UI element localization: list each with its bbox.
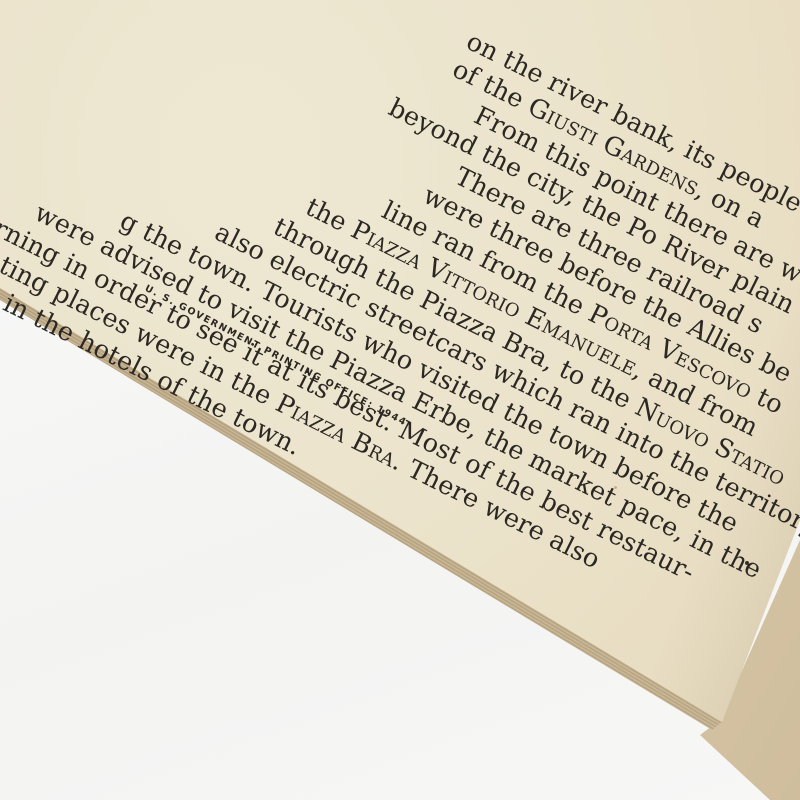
body-text: on the river bank, its peopleof the Gius… — [0, 0, 800, 690]
photo-scene: on the river bank, its peopleof the Gius… — [0, 0, 800, 800]
